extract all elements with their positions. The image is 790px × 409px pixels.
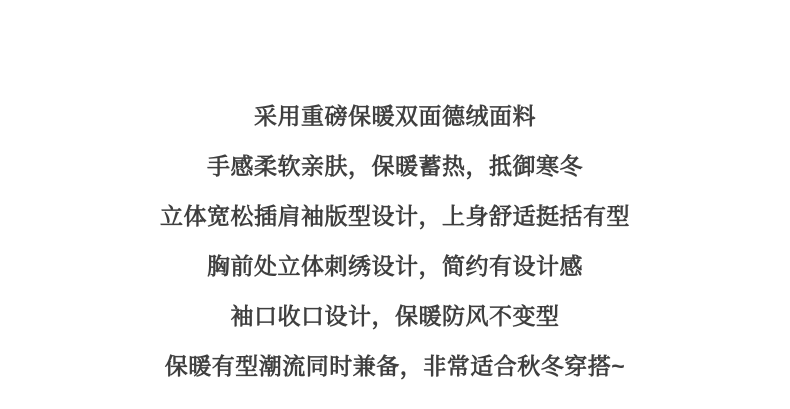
description-line-feel: 手感柔软亲肤，保暖蓄热，抵御寒冬 xyxy=(0,141,790,191)
product-description-panel: 采用重磅保暖双面德绒面料 手感柔软亲肤，保暖蓄热，抵御寒冬 立体宽松插肩袖版型设… xyxy=(0,0,790,409)
description-line-embroidery: 胸前处立体刺绣设计，简约有设计感 xyxy=(0,241,790,291)
description-line-style: 保暖有型潮流同时兼备，非常适合秋冬穿搭~ xyxy=(0,341,790,391)
description-line-fabric: 采用重磅保暖双面德绒面料 xyxy=(0,91,790,141)
description-line-cuff: 袖口收口设计，保暖防风不变型 xyxy=(0,291,790,341)
description-line-fit: 立体宽松插肩袖版型设计，上身舒适挺括有型 xyxy=(0,191,790,241)
